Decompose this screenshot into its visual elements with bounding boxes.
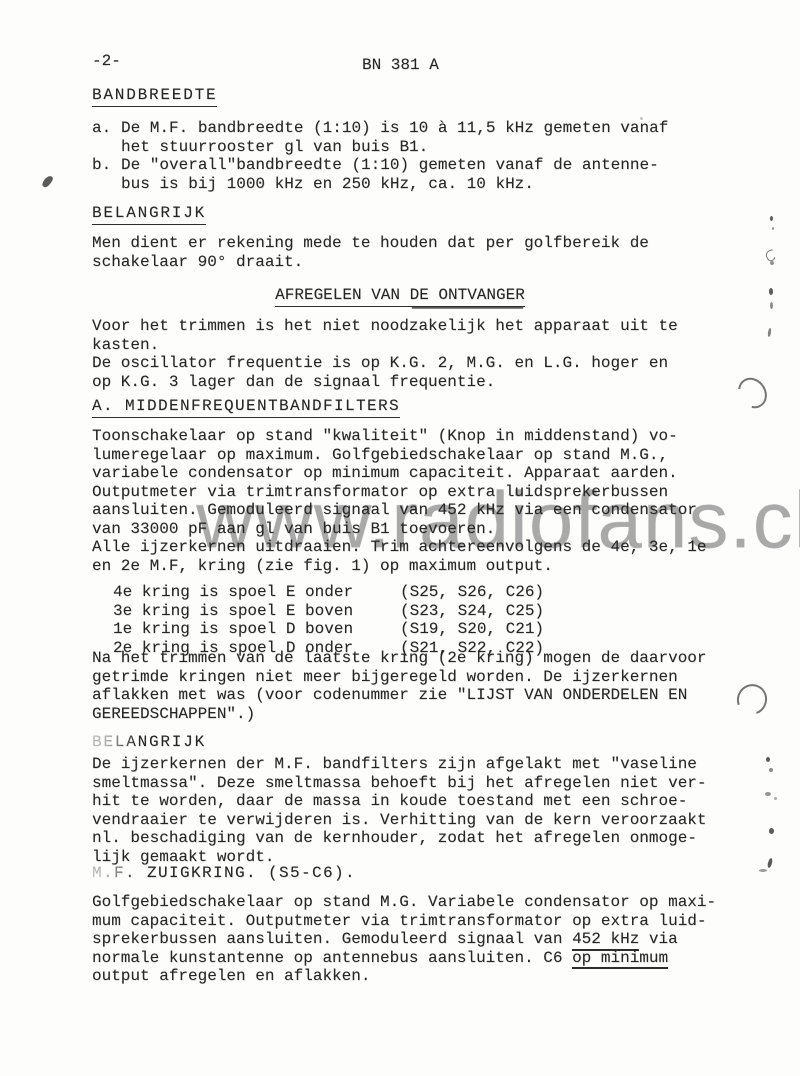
table-row: 1e kring is spoel D boven (S19, S20, C21… xyxy=(113,620,544,639)
paragraph-line: normale kunstantenne op antennebus aansl… xyxy=(92,949,716,968)
after-trim-paragraph: Na het trimmen van de laatste kring (2e … xyxy=(92,649,707,723)
paragraph-line: vendraaier te verwijderen is. Verhitting… xyxy=(92,811,707,830)
refs-cell: (S19, S20, C21) xyxy=(400,620,544,639)
scan-speck xyxy=(769,288,773,295)
underlined-value-op-minimum: op minimum xyxy=(572,949,668,970)
mf-bandfilters-paragraph: Toonschakelaar op stand "kwaliteit" (Kno… xyxy=(92,427,707,575)
paragraph-line: en 2e M.F, kring (zie fig. 1) op maximum… xyxy=(92,557,707,576)
scan-speck xyxy=(767,328,771,337)
section-heading-belangrijk-1: BELANGRIJK xyxy=(92,204,206,222)
table-row: 3e kring is spoel E boven (S23, S24, C25… xyxy=(113,602,544,621)
scan-speck xyxy=(765,792,771,796)
pen-mark xyxy=(41,174,55,189)
page-number: -2- xyxy=(92,52,121,71)
scan-ring-mark xyxy=(732,372,772,414)
paragraph-line: op K.G. 3 lager dan de signaal frequenti… xyxy=(92,373,678,392)
scan-speck xyxy=(766,757,770,762)
list-item-label: b. xyxy=(92,156,121,193)
section-heading-mf-bandfilters: A. MIDDENFREQUENTBANDFILTERS xyxy=(92,397,400,415)
bandbreedte-list: a. De M.F. bandbreedte (1:10) is 10 à 11… xyxy=(92,119,668,193)
list-item-b: b. De "overall"bandbreedte (1:10) gemete… xyxy=(92,156,668,193)
paragraph-line: Toonschakelaar op stand "kwaliteit" (Kno… xyxy=(92,427,707,446)
list-item-label: a. xyxy=(92,119,121,156)
paragraph-line: schakelaar 90° draait. xyxy=(92,253,649,272)
scan-speck xyxy=(770,261,774,265)
zuigkring-paragraph: Golfgebiedschakelaar op stand M.G. Varia… xyxy=(92,893,716,986)
kring-cell: 1e kring is spoel D boven xyxy=(113,620,400,639)
scan-speck xyxy=(770,302,773,309)
paragraph-line: De oscillator frequentie is op K.G. 2, M… xyxy=(92,354,678,373)
scan-speck xyxy=(772,227,774,230)
scan-speck xyxy=(769,768,773,772)
paragraph-line: aansluiten. Gemoduleerd signaal van 452 … xyxy=(92,501,707,520)
paragraph-line: hit te worden, daar de massa in koude to… xyxy=(92,792,707,811)
paragraph-line: mum capaciteit. Outputmeter via trimtran… xyxy=(92,912,716,931)
list-item-line: bus is bij 1000 kHz en 250 kHz, ca. 10 k… xyxy=(121,175,659,194)
paragraph-line: lumeregelaar op maximum. Golfgebiedschak… xyxy=(92,446,707,465)
list-item-a: a. De M.F. bandbreedte (1:10) is 10 à 11… xyxy=(92,119,668,156)
list-item-line: De M.F. bandbreedte (1:10) is 10 à 11,5 … xyxy=(121,119,668,138)
table-row: 4e kring is spoel E onder (S25, S26, C26… xyxy=(113,583,544,602)
paragraph-line: nl. beschadiging van de kernhouder, zoda… xyxy=(92,829,707,848)
refs-cell: (S23, S24, C25) xyxy=(400,602,544,621)
paragraph-line: kasten. xyxy=(92,336,678,355)
paragraph-line: De ijzerkernen der M.F. bandfilters zijn… xyxy=(92,755,707,774)
paragraph-line: Voor het trimmen is het niet noodzakelij… xyxy=(92,317,678,336)
paragraph-line: GEREEDSCHAPPEN".) xyxy=(92,705,707,724)
paragraph-line: output afregelen en aflakken. xyxy=(92,967,716,986)
kring-cell: 4e kring is spoel E onder xyxy=(113,583,400,602)
scan-speck xyxy=(759,869,767,872)
afregelen-intro-paragraph: Voor het trimmen is het niet noodzakelij… xyxy=(92,317,678,391)
section-heading-bandbreedte: BANDBREEDTE xyxy=(92,86,217,104)
refs-cell: (S25, S26, C26) xyxy=(400,583,544,602)
paragraph-line: Outputmeter via trimtransformator op ext… xyxy=(92,483,707,502)
paragraph-line: getrimde kringen niet meer bijgeregeld w… xyxy=(92,668,707,687)
list-item-line: De "overall"bandbreedte (1:10) gemeten v… xyxy=(121,156,659,175)
paragraph-line: aflakken met was (voor codenummer zie "L… xyxy=(92,686,707,705)
paragraph-line: Men dient er rekening mede te houden dat… xyxy=(92,234,649,253)
scan-ring-mark xyxy=(732,679,772,720)
paragraph-line: smeltmassa". Deze smeltmassa behoeft bij… xyxy=(92,774,707,793)
paragraph-line: Na het trimmen van de laatste kring (2e … xyxy=(92,649,707,668)
paragraph-line: Alle ijzerkernen uitdraaien. Trim achter… xyxy=(92,538,707,557)
scanned-document-page: www.radiofans.ch -2- BN 381 A BANDBREEDT… xyxy=(0,0,800,1076)
section-heading-zuigkring: M.F. ZUIGKRING. (S5-C6). xyxy=(92,864,356,882)
underlined-value-452khz: 452 kHz xyxy=(572,930,639,951)
document-code: BN 381 A xyxy=(362,56,439,75)
paragraph-line: variabele condensator op minimum capacit… xyxy=(92,464,707,483)
scan-speck xyxy=(774,797,777,800)
paragraph-line: van 33000 pF aan gl van buis B1 toevoere… xyxy=(92,520,707,539)
scan-speck xyxy=(640,117,643,120)
belangrijk-1-paragraph: Men dient er rekening mede te houden dat… xyxy=(92,234,649,271)
kring-cell: 3e kring is spoel E boven xyxy=(113,602,400,621)
section-heading-belangrijk-2: BELANGRIJK xyxy=(92,733,206,751)
paragraph-line: Golfgebiedschakelaar op stand M.G. Varia… xyxy=(92,893,716,912)
page-title-afregelen: AFREGELEN VAN DE ONTVANGER xyxy=(0,286,800,304)
scan-speck xyxy=(769,828,774,834)
kring-table: 4e kring is spoel E onder (S25, S26, C26… xyxy=(113,583,544,657)
scan-speck xyxy=(770,216,773,221)
scan-speck xyxy=(767,858,773,869)
list-item-line: het stuurrooster gl van buis B1. xyxy=(121,138,668,157)
paragraph-line: sprekerbussen aansluiten. Gemoduleerd si… xyxy=(92,930,716,949)
belangrijk-2-paragraph: De ijzerkernen der M.F. bandfilters zijn… xyxy=(92,755,707,866)
